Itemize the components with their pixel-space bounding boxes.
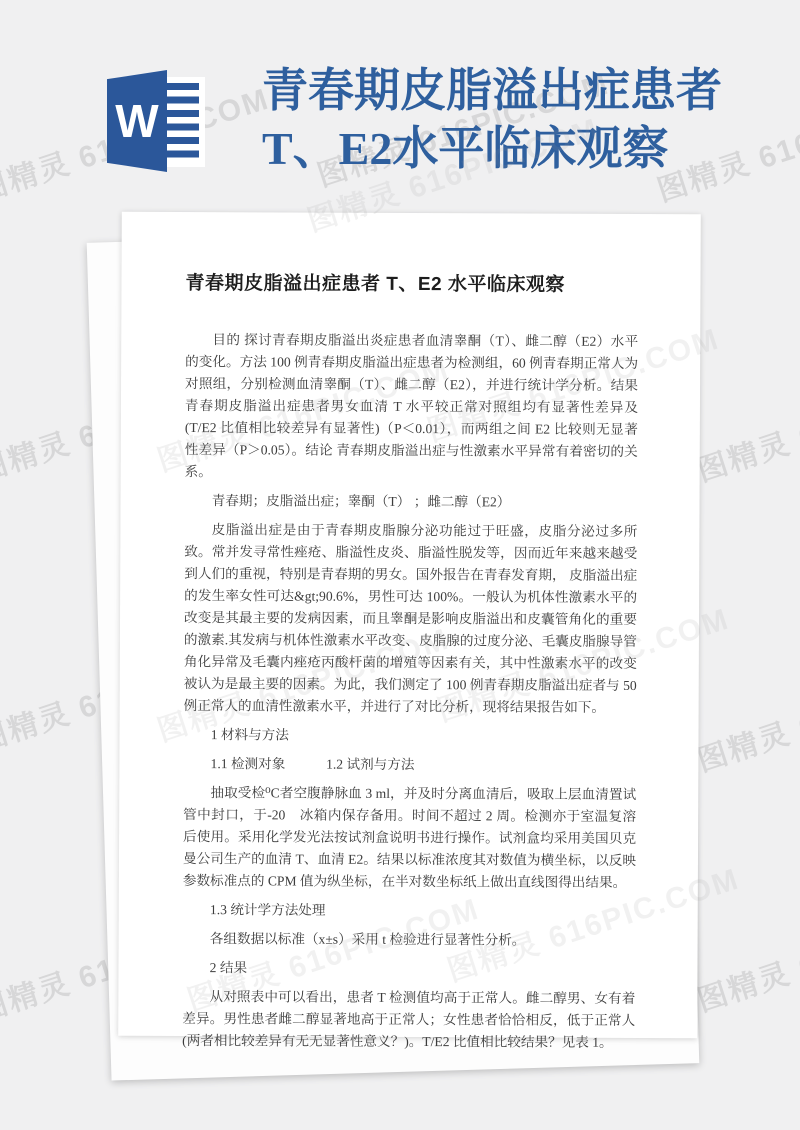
page-title-line1: 青春期皮脂溢出症患者: [262, 62, 762, 120]
document-body: 目的 探讨青春期皮脂溢出炎症患者血清睾酮（T）、雌二醇（E2）水平的变化。方法 …: [182, 329, 638, 1054]
preview-stage: 图精灵 616PIC.COM 图精灵 616PIC.COM 图精灵 616PIC…: [0, 0, 800, 1130]
document-page: 青春期皮脂溢出症患者 T、E2 水平临床观察 目的 探讨青春期皮脂溢出炎症患者血…: [118, 212, 701, 1039]
doc-paragraph: 皮脂溢出症是由于青春期皮脂腺分泌功能过于旺盛，皮脂分泌过多所致。常并发寻常性痤疮…: [184, 519, 638, 719]
watermark-text: 图精灵 616PIC.COM: [691, 884, 800, 1020]
doc-paragraph: 1.1 检测对象 1.2 试剂与方法: [183, 753, 636, 777]
doc-paragraph: 2 结果: [182, 957, 635, 981]
doc-paragraph: 抽取受检⁰C者空腹静脉血 3 ml，并及时分离血清后，吸取上层血清置试管中封口，…: [183, 782, 636, 894]
doc-paragraph: 1.3 统计学方法处理: [183, 899, 636, 923]
doc-paragraph: 1 材料与方法: [183, 724, 636, 748]
document-title: 青春期皮脂溢出症患者 T、E2 水平临床观察: [185, 268, 638, 297]
watermark-text: 图精灵 616PIC.COM: [691, 644, 800, 780]
word-logo-lines-icon: [166, 83, 199, 161]
watermark-text: 图精灵 616PIC.COM: [691, 354, 800, 490]
doc-paragraph: 从对照表中可以看出，患者 T 检测值均高于正常人。雌二醇男、女有着差异。男性患者…: [182, 986, 635, 1054]
page-title: 青春期皮脂溢出症患者 T、E2水平临床观察: [262, 62, 762, 178]
word-logo-panel: W: [107, 70, 167, 172]
page-title-line2: T、E2水平临床观察: [262, 120, 762, 178]
doc-paragraph: 各组数据以标准（x±s）采用 t 检验进行显著性分析。: [183, 928, 636, 952]
doc-paragraph: 青春期；皮脂溢出症；睾酮（T） ；雌二醇（E2）: [184, 490, 637, 514]
doc-paragraph: 目的 探讨青春期皮脂溢出炎症患者血清睾酮（T）、雌二醇（E2）水平的变化。方法 …: [185, 329, 639, 485]
word-logo-letter: W: [115, 98, 158, 144]
word-logo: W: [103, 70, 205, 172]
